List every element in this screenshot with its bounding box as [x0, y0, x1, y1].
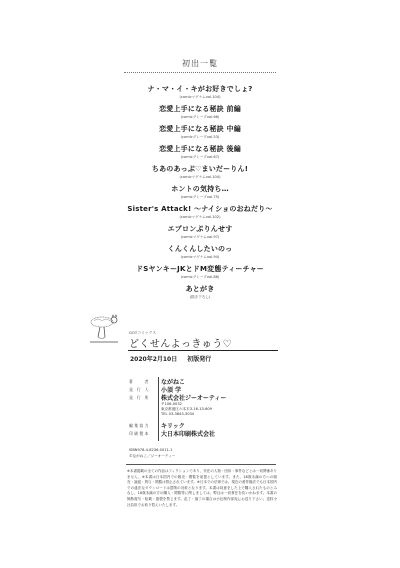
colophon-row-printer: 印刷製本 大日本印刷株式会社	[129, 429, 299, 437]
copyright: ©ながねこ／ジーオーティー	[129, 454, 175, 459]
publisher-phone: TEL 03-3843-3034	[161, 412, 194, 416]
publication-date: 2020年2月10日	[130, 356, 177, 363]
legal-notice: ※本書掲載の全ての作品はフィクションであり、実在の人物・団体・事件などとは一切関…	[127, 469, 277, 508]
toc-item-source: (comicグレープvol.67)	[0, 154, 400, 160]
toc-item-title: あとがき	[0, 284, 400, 294]
colophon-label: 発 行 所	[129, 395, 155, 401]
toc-item-title: 恋愛上手になる秘訣 前編	[0, 104, 400, 114]
colophon-table: 著 者 ながねこ 発 行 人 小須 学 発 行 所 株式会社ジーオーティー	[129, 377, 299, 401]
toc-item-title: 恋愛上手になる秘訣 後編	[0, 144, 400, 154]
toc-item: くんくんしたいのっ (comicマグナムvol.94)	[0, 244, 400, 260]
isbn: ISBN978-4-8236-0011-1	[129, 448, 172, 452]
toc-item-source: (comicマグナムvol.94)	[0, 254, 400, 260]
colophon-value: 株式会社ジーオーティー	[161, 393, 226, 402]
colophon-value: 大日本印刷株式会社	[161, 429, 215, 438]
colophon-row-editorial: 編集協力 キリック	[129, 421, 299, 429]
toc-item-source: (comicマグナムvol.104)	[0, 94, 400, 100]
title-divider	[128, 350, 278, 351]
toc-item-source: (comicマグナムvol.104)	[0, 174, 400, 180]
toc-item-title: エプロンぷりんせす	[0, 224, 400, 234]
colophon-table-lower: 編集協力 キリック 印刷製本 大日本印刷株式会社	[129, 421, 299, 437]
toc-item-source: (comicマグナムvol.102)	[0, 214, 400, 220]
colophon-label: 印刷製本	[129, 431, 155, 437]
colophon-page: 初出一覧 ナ・マ・イ・キがお好きでしょ? (comicマグナムvol.104) …	[0, 0, 400, 568]
toc-item: 恋愛上手になる秘訣 中編 (comicグレープvol.53)	[0, 124, 400, 140]
toc-item-source: (描き下ろし)	[0, 294, 400, 300]
book-title: どくせんよっきゅう♡	[129, 335, 232, 350]
toc-item: 恋愛上手になる秘訣 前編 (comicグレープvol.66)	[0, 104, 400, 120]
toc-item: ナ・マ・イ・キがお好きでしょ? (comicマグナムvol.104)	[0, 84, 400, 100]
toc-item: Sister's Attack! 〜ナイショのおねだり〜 (comicマグナムv…	[0, 204, 400, 220]
colophon-row-publisher: 発 行 所 株式会社ジーオーティー	[129, 393, 299, 401]
toc-item: 恋愛上手になる秘訣 後編 (comicグレープvol.67)	[0, 144, 400, 160]
toc-item-source: (comicグレープvol.86)	[0, 274, 400, 280]
colophon-row-author: 著 者 ながねこ	[129, 377, 299, 385]
publication-date-line: 2020年2月10日初版発行	[130, 354, 211, 363]
toc-item: ちあのあっぷ♡まいだーりん! (comicマグナムvol.104)	[0, 164, 400, 180]
toc-heading: 初出一覧	[0, 58, 400, 69]
edition-label: 初版発行	[187, 356, 211, 363]
toc-item-title: ちあのあっぷ♡まいだーりん!	[0, 164, 400, 174]
colophon-row-publisher-person: 発 行 人 小須 学	[129, 385, 299, 393]
toc-item-source: (comicグレープvol.53)	[0, 134, 400, 140]
toc-item-title: ナ・マ・イ・キがお好きでしょ?	[0, 84, 400, 94]
toc-item: エプロンぷりんせす (comicマグナムvol.97)	[0, 224, 400, 240]
toc-list: ナ・マ・イ・キがお好きでしょ? (comicマグナムvol.104) 恋愛上手に…	[0, 84, 400, 304]
toc-item-title: Sister's Attack! 〜ナイショのおねだり〜	[0, 204, 400, 214]
toc-item-source: (comicマグナムvol.97)	[0, 234, 400, 240]
toc-item-title: ホントの気持ち…	[0, 184, 400, 194]
toc-item: ドSヤンキーJKとドM変態ティーチャー (comicグレープvol.86)	[0, 264, 400, 280]
cat-mascot-icon	[88, 312, 124, 348]
toc-item-title: 恋愛上手になる秘訣 中編	[0, 124, 400, 134]
notice-divider	[126, 464, 276, 465]
toc-item-source: (comicグレープvol.75)	[0, 194, 400, 200]
toc-item: あとがき (描き下ろし)	[0, 284, 400, 300]
toc-item-title: くんくんしたいのっ	[0, 244, 400, 254]
toc-item-source: (comicグレープvol.66)	[0, 114, 400, 120]
toc-item-title: ドSヤンキーJKとドM変態ティーチャー	[0, 264, 400, 274]
toc-dotted-divider	[124, 72, 276, 73]
toc-item: ホントの気持ち… (comicグレープvol.75)	[0, 184, 400, 200]
